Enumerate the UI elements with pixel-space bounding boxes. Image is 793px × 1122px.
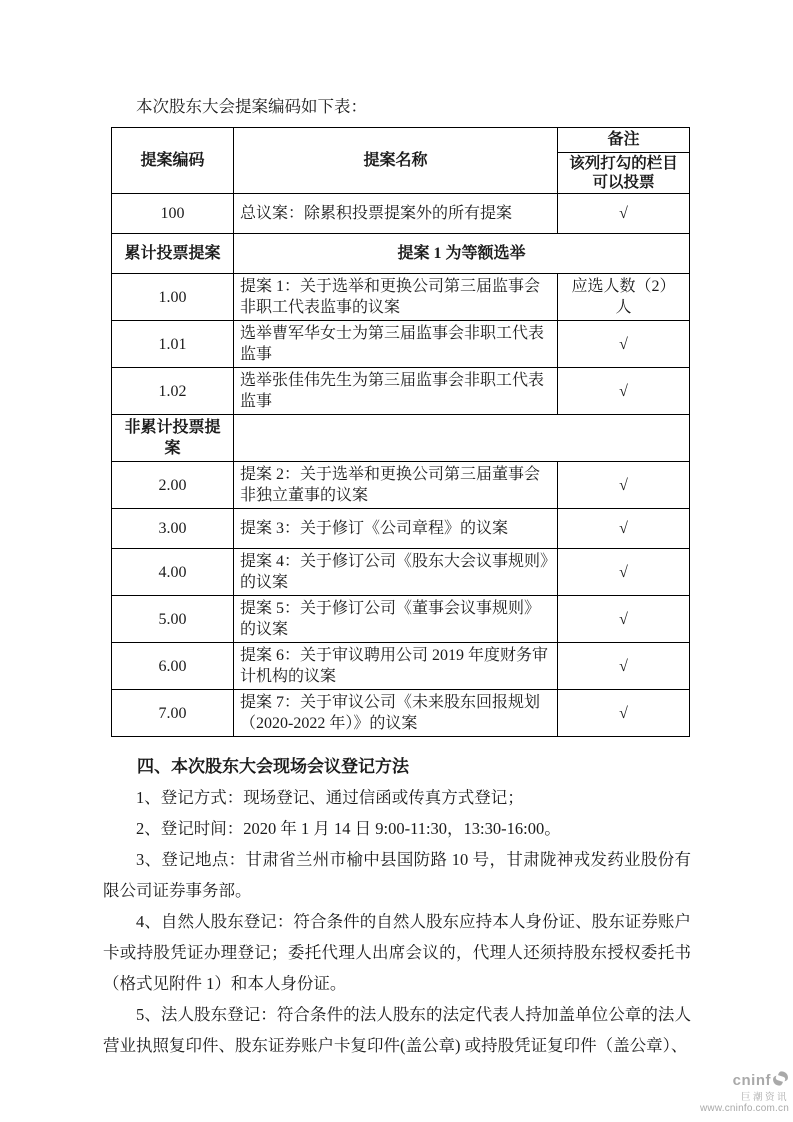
intro-text: 本次股东大会提案编码如下表： (103, 96, 691, 118)
table-row: 1.00提案 1：关于选举和更换公司第三届监事会非职工代表监事的议案应选人数（2… (112, 274, 690, 321)
proposal-name-cell: 提案 6：关于审议聘用公司 2019 年度财务审计机构的议案 (234, 643, 558, 690)
table-row: 1.01选举曹军华女士为第三届监事会非职工代表监事√ (112, 321, 690, 368)
table-row: 6.00提案 6：关于审议聘用公司 2019 年度财务审计机构的议案√ (112, 643, 690, 690)
group-span-cell (234, 415, 690, 462)
proposal-remark-cell: √ (558, 690, 690, 737)
cninfo-watermark: cninf 巨潮资讯 www.cninfo.com.cn (700, 1070, 789, 1114)
proposal-remark-cell: √ (558, 368, 690, 415)
proposal-code-cell: 5.00 (112, 596, 234, 643)
proposal-code-cell: 3.00 (112, 509, 234, 549)
col-header-proposal-name: 提案名称 (234, 128, 558, 194)
table-row: 2.00提案 2：关于选举和更换公司第三届董事会非独立董事的议案√ (112, 462, 690, 509)
proposal-remark-cell: √ (558, 596, 690, 643)
proposal-remark-cell: √ (558, 194, 690, 234)
table-row: 100总议案：除累积投票提案外的所有提案√ (112, 194, 690, 234)
proposal-name-cell: 提案 2：关于选举和更换公司第三届董事会非独立董事的议案 (234, 462, 558, 509)
proposal-name-cell: 选举曹军华女士为第三届监事会非职工代表监事 (234, 321, 558, 368)
proposal-name-cell: 提案 7：关于审议公司《未来股东回报规划（2020-2022 年）》的议案 (234, 690, 558, 737)
cninfo-brand-text: cninf (733, 1073, 771, 1089)
col-header-proposal-code: 提案编码 (112, 128, 234, 194)
paragraph: 1、登记方式：现场登记、通过信函或传真方式登记； (103, 782, 691, 813)
table-row: 3.00提案 3：关于修订《公司章程》的议案√ (112, 509, 690, 549)
table-row: 7.00提案 7：关于审议公司《未来股东回报规划（2020-2022 年）》的议… (112, 690, 690, 737)
proposal-name-cell: 提案 1：关于选举和更换公司第三届监事会非职工代表监事的议案 (234, 274, 558, 321)
proposal-name-cell: 提案 5：关于修订公司《董事会议事规则》的议案 (234, 596, 558, 643)
table-header-row: 提案编码 提案名称 备注 (112, 128, 690, 153)
proposal-remark-cell: √ (558, 509, 690, 549)
document-page: 本次股东大会提案编码如下表： 提案编码 提案名称 备注 该列打勾的栏目可以投票 … (0, 0, 793, 1122)
group-span-cell: 提案 1 为等额选举 (234, 234, 690, 274)
proposal-remark-cell: √ (558, 462, 690, 509)
proposal-remark-cell: √ (558, 549, 690, 596)
group-code-cell: 累计投票提案 (112, 234, 234, 274)
proposal-code-cell: 7.00 (112, 690, 234, 737)
cninfo-name: 巨潮资讯 (700, 1093, 789, 1103)
cninfo-url: www.cninfo.com.cn (700, 1104, 789, 1115)
document-content: 本次股东大会提案编码如下表： 提案编码 提案名称 备注 该列打勾的栏目可以投票 … (103, 96, 691, 1061)
col-header-remark: 备注 (558, 128, 690, 153)
paragraph: 2、登记时间：2020 年 1 月 14 日 9:00-11:30，13:30-… (103, 813, 691, 844)
paragraph: 5、法人股东登记：符合条件的法人股东的法定代表人持加盖单位公章的法人营业执照复印… (103, 999, 691, 1061)
proposal-code-cell: 1.00 (112, 274, 234, 321)
proposal-name-cell: 选举张佳伟先生为第三届监事会非职工代表监事 (234, 368, 558, 415)
proposal-remark-cell: √ (558, 321, 690, 368)
proposal-code-cell: 1.01 (112, 321, 234, 368)
proposal-code-cell: 4.00 (112, 549, 234, 596)
table-row: 累计投票提案提案 1 为等额选举 (112, 234, 690, 274)
table-row: 5.00提案 5：关于修订公司《董事会议事规则》的议案√ (112, 596, 690, 643)
col-header-remark-note: 该列打勾的栏目可以投票 (558, 153, 690, 194)
proposal-name-cell: 总议案：除累积投票提案外的所有提案 (234, 194, 558, 234)
table-row: 1.02选举张佳伟先生为第三届监事会非职工代表监事√ (112, 368, 690, 415)
table-row: 非累计投票提案 (112, 415, 690, 462)
proposal-remark-cell: 应选人数（2）人 (558, 274, 690, 321)
proposal-code-cell: 1.02 (112, 368, 234, 415)
proposal-name-cell: 提案 3：关于修订《公司章程》的议案 (234, 509, 558, 549)
paragraph: 4、自然人股东登记：符合条件的自然人股东应持本人身份证、股东证券账户卡或持股凭证… (103, 906, 691, 999)
group-code-cell: 非累计投票提案 (112, 415, 234, 462)
proposal-code-cell: 100 (112, 194, 234, 234)
cninfo-swirl-icon (772, 1070, 789, 1092)
proposal-remark-cell: √ (558, 643, 690, 690)
registration-paragraphs: 1、登记方式：现场登记、通过信函或传真方式登记；2、登记时间：2020 年 1 … (103, 782, 691, 1061)
proposal-code-cell: 6.00 (112, 643, 234, 690)
proposal-code-cell: 2.00 (112, 462, 234, 509)
table-row: 4.00提案 4：关于修订公司《股东大会议事规则》的议案√ (112, 549, 690, 596)
proposal-name-cell: 提案 4：关于修订公司《股东大会议事规则》的议案 (234, 549, 558, 596)
section-title: 四、本次股东大会现场会议登记方法 (103, 751, 691, 782)
paragraph: 3、登记地点：甘肃省兰州市榆中县国防路 10 号，甘肃陇神戎发药业股份有限公司证… (103, 844, 691, 906)
proposal-code-table: 提案编码 提案名称 备注 该列打勾的栏目可以投票 100总议案：除累积投票提案外… (111, 127, 690, 737)
cninfo-brand-row: cninf (700, 1070, 789, 1092)
